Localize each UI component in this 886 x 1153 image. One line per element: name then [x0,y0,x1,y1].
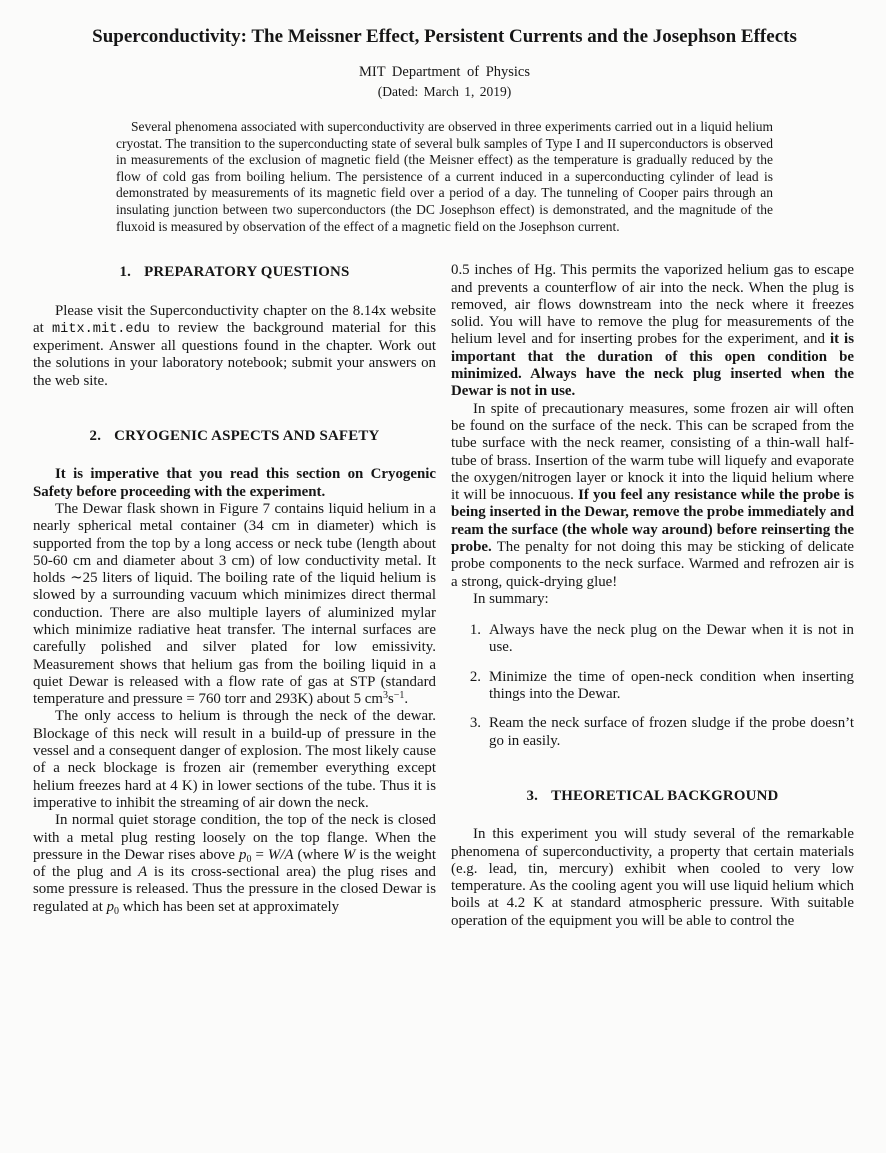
section-2-number: 2. [90,428,102,444]
paragraph-frozen-air: In spite of precautionary measures, some… [451,401,854,591]
list-item-number: 2. [465,669,489,704]
abstract-text: Several phenomena associated with superc… [116,119,773,235]
left-column: 1.PREPARATORY QUESTIONS Please visit the… [33,262,436,930]
section-3-heading: 3.THEORETICAL BACKGROUND [451,788,854,805]
math-symbol: p [107,899,114,915]
paragraph-text: = [251,847,267,863]
paragraph-dewar-flask: The Dewar flask shown in Figure 7 contai… [33,501,436,709]
summary-list: 1.Always have the neck plug on the Dewar… [465,622,854,750]
math-symbol: A [138,864,147,880]
paragraph-neck-plug: In normal quiet storage condition, the t… [33,812,436,916]
math-symbol: W [343,847,355,863]
section-2-heading: 2.CRYOGENIC ASPECTS AND SAFETY [33,428,436,445]
list-item-number: 3. [465,715,489,750]
math-symbol: W/A [268,847,294,863]
affiliation-line: MIT Department of Physics [33,64,856,81]
paragraph-neck-access: The only access to helium is through the… [33,708,436,812]
paragraph-text: The only access to helium is through the… [33,708,436,810]
paragraph-text: 0.5 inches of Hg. This permits the vapor… [451,262,854,347]
section-1-number: 1. [120,264,132,280]
paragraph-text: In summary: [473,591,549,607]
section-3-title: THEORETICAL BACKGROUND [551,788,778,804]
list-item-text: Minimize the time of open-neck condition… [489,669,854,704]
section-3-number: 3. [527,788,539,804]
dated-line: (Dated: March 1, 2019) [33,84,856,100]
paragraph-imperative-warning: It is imperative that you read this sect… [33,466,436,501]
paragraph-text: In this experiment you will study severa… [451,826,854,928]
list-item: 3.Ream the neck surface of frozen sludge… [465,715,854,750]
list-item: 1.Always have the neck plug on the Dewar… [465,622,854,657]
paragraph-text: . [404,691,408,707]
superscript: −1 [394,690,405,701]
paragraph-summary-intro: In summary: [451,591,854,608]
paragraph-text: (where [294,847,343,863]
paragraph-theoretical-intro: In this experiment you will study severa… [451,826,854,930]
right-column: 0.5 inches of Hg. This permits the vapor… [451,262,854,930]
list-item-text: Always have the neck plug on the Dewar w… [489,622,854,657]
paragraph-preparatory: Please visit the Superconductivity chapt… [33,303,436,390]
section-2-title: CRYOGENIC ASPECTS AND SAFETY [114,428,379,444]
list-item-number: 1. [465,622,489,657]
section-1-heading: 1.PREPARATORY QUESTIONS [33,264,436,281]
paragraph-text: It is imperative that you read this sect… [33,466,436,499]
list-item-text: Ream the neck surface of frozen sludge i… [489,715,854,750]
paragraph-text: which has been set at approximately [119,899,339,915]
list-item: 2.Minimize the time of open-neck conditi… [465,669,854,704]
paragraph-text: The Dewar flask shown in Figure 7 contai… [33,501,436,707]
paper-title: Superconductivity: The Meissner Effect, … [54,24,836,49]
two-column-layout: 1.PREPARATORY QUESTIONS Please visit the… [33,262,856,930]
section-1-title: PREPARATORY QUESTIONS [144,264,349,280]
paragraph-text: The penalty for not doing this may be st… [451,539,854,590]
paragraph-pressure-continuation: 0.5 inches of Hg. This permits the vapor… [451,262,854,400]
inline-url: mitx.mit.edu [52,322,150,337]
paper-page: Superconductivity: The Meissner Effect, … [0,0,886,1153]
